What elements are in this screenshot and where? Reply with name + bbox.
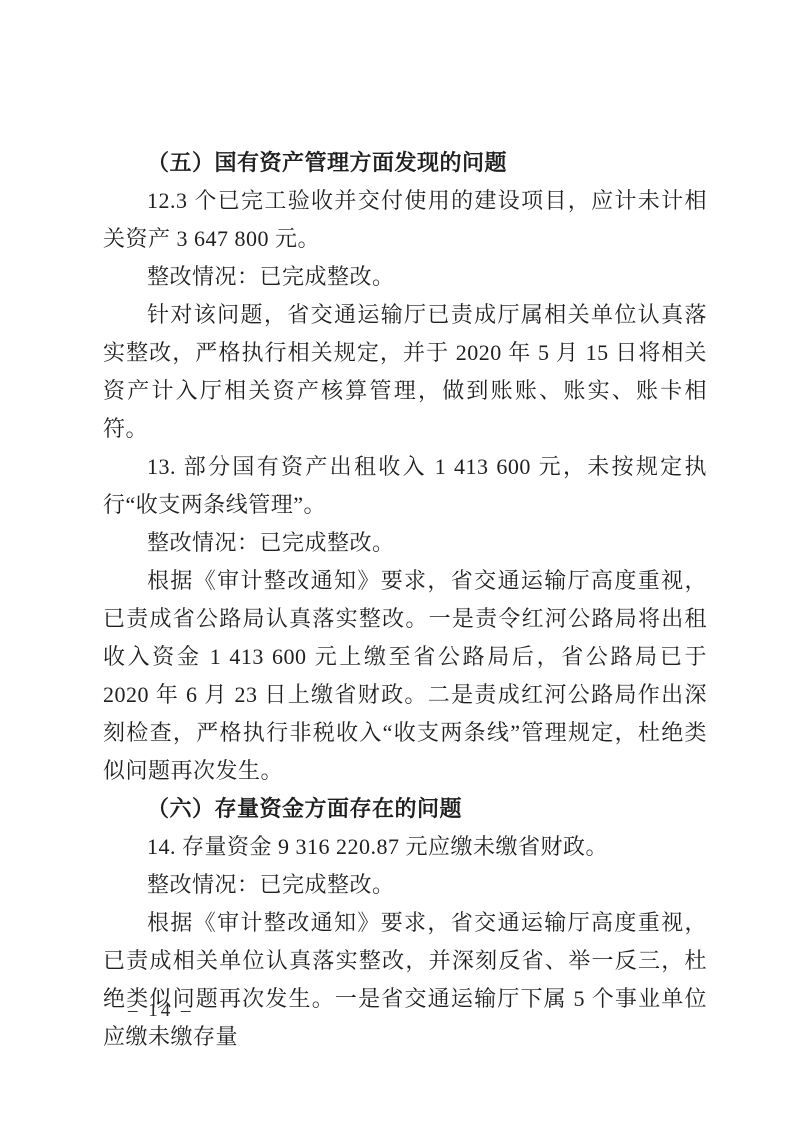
document-page: （五）国有资产管理方面发现的问题 12.3 个已完工验收并交付使用的建设项目，应… xyxy=(0,0,800,1131)
document-body: （五）国有资产管理方面发现的问题 12.3 个已完工验收并交付使用的建设项目，应… xyxy=(103,144,707,1056)
paragraph-status-12: 整改情况：已完成整改。 xyxy=(103,258,707,296)
page-number: – 14 – xyxy=(128,1000,194,1022)
section-heading-6: （六）存量资金方面存在的问题 xyxy=(103,790,707,828)
paragraph-status-13: 整改情况：已完成整改。 xyxy=(103,524,707,562)
paragraph-detail-12: 针对该问题，省交通运输厅已责成厅属相关单位认真落实整改，严格执行相关规定，并于 … xyxy=(103,296,707,448)
paragraph-status-14: 整改情况：已完成整改。 xyxy=(103,866,707,904)
section-heading-5: （五）国有资产管理方面发现的问题 xyxy=(103,144,707,182)
paragraph-issue-14: 14. 存量资金 9 316 220.87 元应缴未缴省财政。 xyxy=(103,828,707,866)
paragraph-detail-13: 根据《审计整改通知》要求，省交通运输厅高度重视，已责成省公路局认真落实整改。一是… xyxy=(103,562,707,790)
paragraph-issue-12: 12.3 个已完工验收并交付使用的建设项目，应计未计相关资产 3 647 800… xyxy=(103,182,707,258)
paragraph-detail-14: 根据《审计整改通知》要求，省交通运输厅高度重视，已责成相关单位认真落实整改，并深… xyxy=(103,904,707,1056)
paragraph-issue-13: 13. 部分国有资产出租收入 1 413 600 元，未按规定执行“收支两条线管… xyxy=(103,448,707,524)
